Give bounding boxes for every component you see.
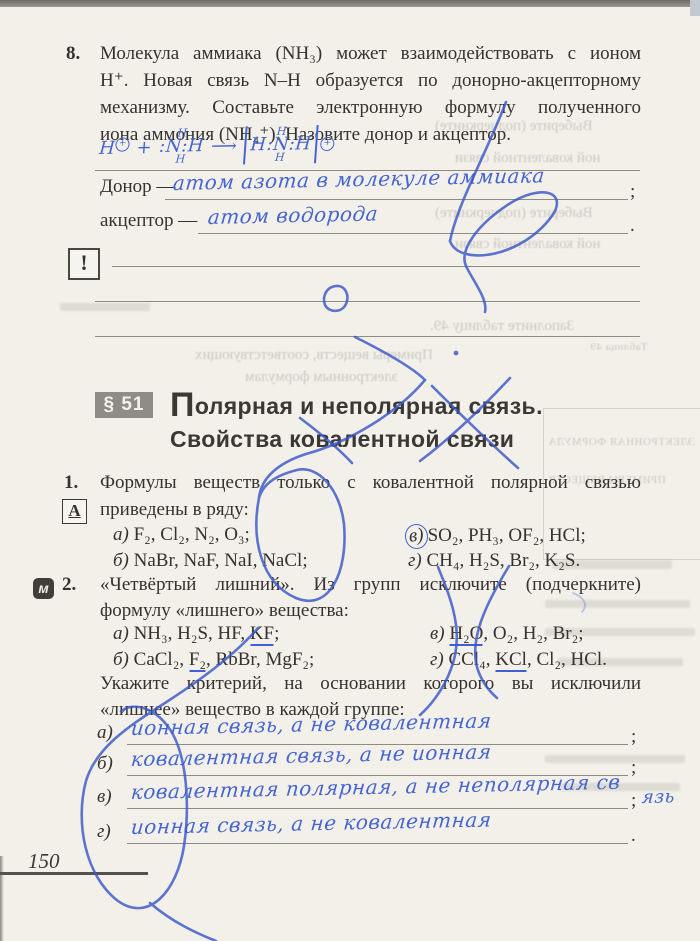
section-title-line1: Полярная и неполярная связь. (170, 392, 543, 420)
option-text: SO₂, PH₃, OF₂, HCl; (428, 525, 586, 546)
ammonia-bottom-h: H (175, 155, 186, 163)
option-text: CH₄, H₂S, Br₂, K₂S. (427, 550, 581, 571)
problem1-number: 1. (64, 472, 78, 494)
circled-plus-charge: + (320, 137, 335, 151)
pen-stroke (150, 903, 216, 941)
problem1-option-a: а) F₂, Cl₂, N₂, O₃; (113, 524, 250, 546)
ammonium-bottom-h: H (275, 154, 286, 162)
option-label: г) (430, 649, 444, 670)
answer-g-label: г) (97, 821, 111, 842)
answer-a-label: а) (97, 722, 113, 743)
option-label: г) (408, 550, 422, 571)
donor-handwritten-answer: атом азота в молекуле аммиака (172, 163, 546, 195)
option-label: в) (430, 623, 445, 644)
answer-a-punct: ; (631, 726, 636, 747)
option-text: NH₃, H₂S, HF, (134, 623, 250, 644)
problem1-option-b: б) NaBr, NaF, NaI, NaCl; (113, 550, 308, 572)
note-line-rule (112, 266, 640, 267)
problem2-number: 2. (62, 574, 76, 596)
option-text: F₂, Cl₂, N₂, O₃; (134, 524, 250, 545)
problem2-text-line1: «Четвёртый лишний». Из групп исключите (… (100, 574, 641, 595)
option-text: , RbBr, MgF₂; (206, 649, 314, 670)
bleedthrough-text: Выберите (подчеркните) (435, 205, 593, 222)
problem2-option-g: г) CCl₄, KCl, Cl₂, HCl. (430, 649, 607, 671)
problem8-text-line1: Молекула аммиака (NH₃) может взаимодейст… (100, 43, 641, 64)
answer-g-handwritten: ионная связь, а не ковалентная (130, 807, 493, 839)
section-title-line2: Свойства ковалентной связи (170, 426, 514, 453)
bleedthrough-text: Таблица 49 (590, 341, 648, 353)
problem2-option-v: в) H₂O, O₂, H₂, Br₂; (430, 623, 584, 645)
option-text: NaBr, NaF, NaI, NaCl; (134, 550, 308, 571)
option-text: , Cl₂, HCl. (527, 649, 607, 670)
bleedthrough-line (545, 755, 685, 763)
option-label: б) (113, 550, 129, 571)
acceptor-handwritten-answer: атом водорода (207, 201, 379, 229)
page-number: 150 (28, 849, 60, 874)
answer-v-overflow: язь (641, 786, 676, 808)
scan-edge-left (0, 856, 4, 941)
scan-edge-corner (690, 0, 700, 16)
equation-arrow: ⟶ (210, 135, 238, 156)
note-line-rule (95, 336, 640, 337)
bleedthrough-text: Заполните таблицу 49. (430, 318, 574, 335)
problem1-option-g: г) CH₄, H₂S, Br₂, K₂S. (408, 550, 580, 572)
page-number-rule (0, 872, 148, 875)
circled-plus-charge: + (115, 137, 130, 151)
problem8-text-line3: механизму. Составьте электронную формулу… (100, 97, 641, 118)
bleedthrough-line (545, 600, 690, 608)
equation-ammonium-bracket: H H:N:H H (243, 125, 319, 164)
bleedthrough-text: ной ковалентной связи (455, 236, 600, 253)
option-text: CaCl₂, (134, 649, 189, 670)
m-level-marker: м (33, 578, 54, 599)
problem8-text-line2: H⁺. Новая связь N–H образуется по донорн… (100, 70, 641, 91)
problem2-option-b: б) CaCl₂, F₂, RbBr, MgF₂; (113, 649, 314, 671)
answer-v-punct: ; (631, 790, 636, 811)
problem2-text-line2: формулу «лишнего» вещества: (100, 600, 349, 621)
problem2-prompt-line1: Укажите критерий, на основании которого … (100, 673, 641, 694)
equation-ammonia-formula: H :N:H H (158, 129, 205, 164)
pen-underlined-formula: KCl (495, 649, 527, 670)
pen-underlined-formula: F₂ (189, 649, 206, 670)
pen-underlined-formula: KF (250, 623, 274, 644)
option-text: , O₂, H₂, Br₂; (483, 623, 583, 644)
answer-v-label: в) (97, 786, 112, 807)
option-label: а) (113, 623, 129, 644)
important-note-box: ! (68, 248, 100, 280)
bleedthrough-text: Примеры веществ, соответствующих (195, 347, 433, 364)
equation-ammonium-formula: H H:N:H H (249, 127, 313, 162)
problem1-text-line1: Формулы веществ только с ковалентной пол… (100, 472, 641, 493)
option-label: б) (113, 649, 129, 670)
answer-g-punct: . (631, 825, 636, 846)
section-title-dropcap: П (170, 386, 195, 424)
answer-b-label: б) (97, 753, 113, 774)
acceptor-punctuation: . (630, 215, 635, 236)
equation-hydrogen-ion: H+ (99, 137, 131, 159)
donor-punctuation: ; (630, 181, 635, 202)
pen-circle-mark: в) (404, 523, 429, 550)
answer-b-punct: ; (631, 757, 636, 778)
pen-ink-dot (454, 351, 459, 356)
section-title-rest: олярная и неполярная связь. (195, 393, 543, 419)
option-text: ; (274, 623, 279, 644)
note-line-rule (95, 301, 640, 302)
acceptor-label: акцептор — (100, 210, 197, 231)
option-label: а) (113, 524, 129, 545)
level-a-marker: А (62, 499, 87, 524)
problem2-option-a: а) NH₃, H₂S, HF, KF; (113, 623, 279, 645)
donor-label: Донор — (100, 176, 175, 197)
equation-plus-sign: + (136, 137, 153, 158)
acceptor-line-rule (198, 233, 628, 234)
option-text: CCl₄, (449, 649, 496, 670)
answer-line-rule (127, 843, 628, 844)
pen-circle-small (324, 286, 347, 311)
pen-underlined-formula: H₂O (449, 623, 483, 644)
problem1-option-v: в)SO₂, PH₃, OF₂, HCl; (405, 524, 586, 549)
problem8-number: 8. (66, 43, 80, 65)
section-number-badge: § 51 (95, 392, 153, 418)
bleedthrough-line (60, 303, 150, 311)
scan-edge-top (0, 0, 700, 7)
option-label: в) (408, 524, 425, 546)
scanned-workbook-page: { "problem8": { "number": "8.", "line1":… (0, 0, 700, 941)
donor-line-rule (165, 199, 628, 200)
problem1-text-line2: приведены в ряду: (100, 499, 249, 520)
bleedthrough-text: электронным формулам (245, 369, 398, 386)
handwritten-equation: H+ + H :N:H H ⟶ H H:N:H H + (98, 125, 336, 167)
